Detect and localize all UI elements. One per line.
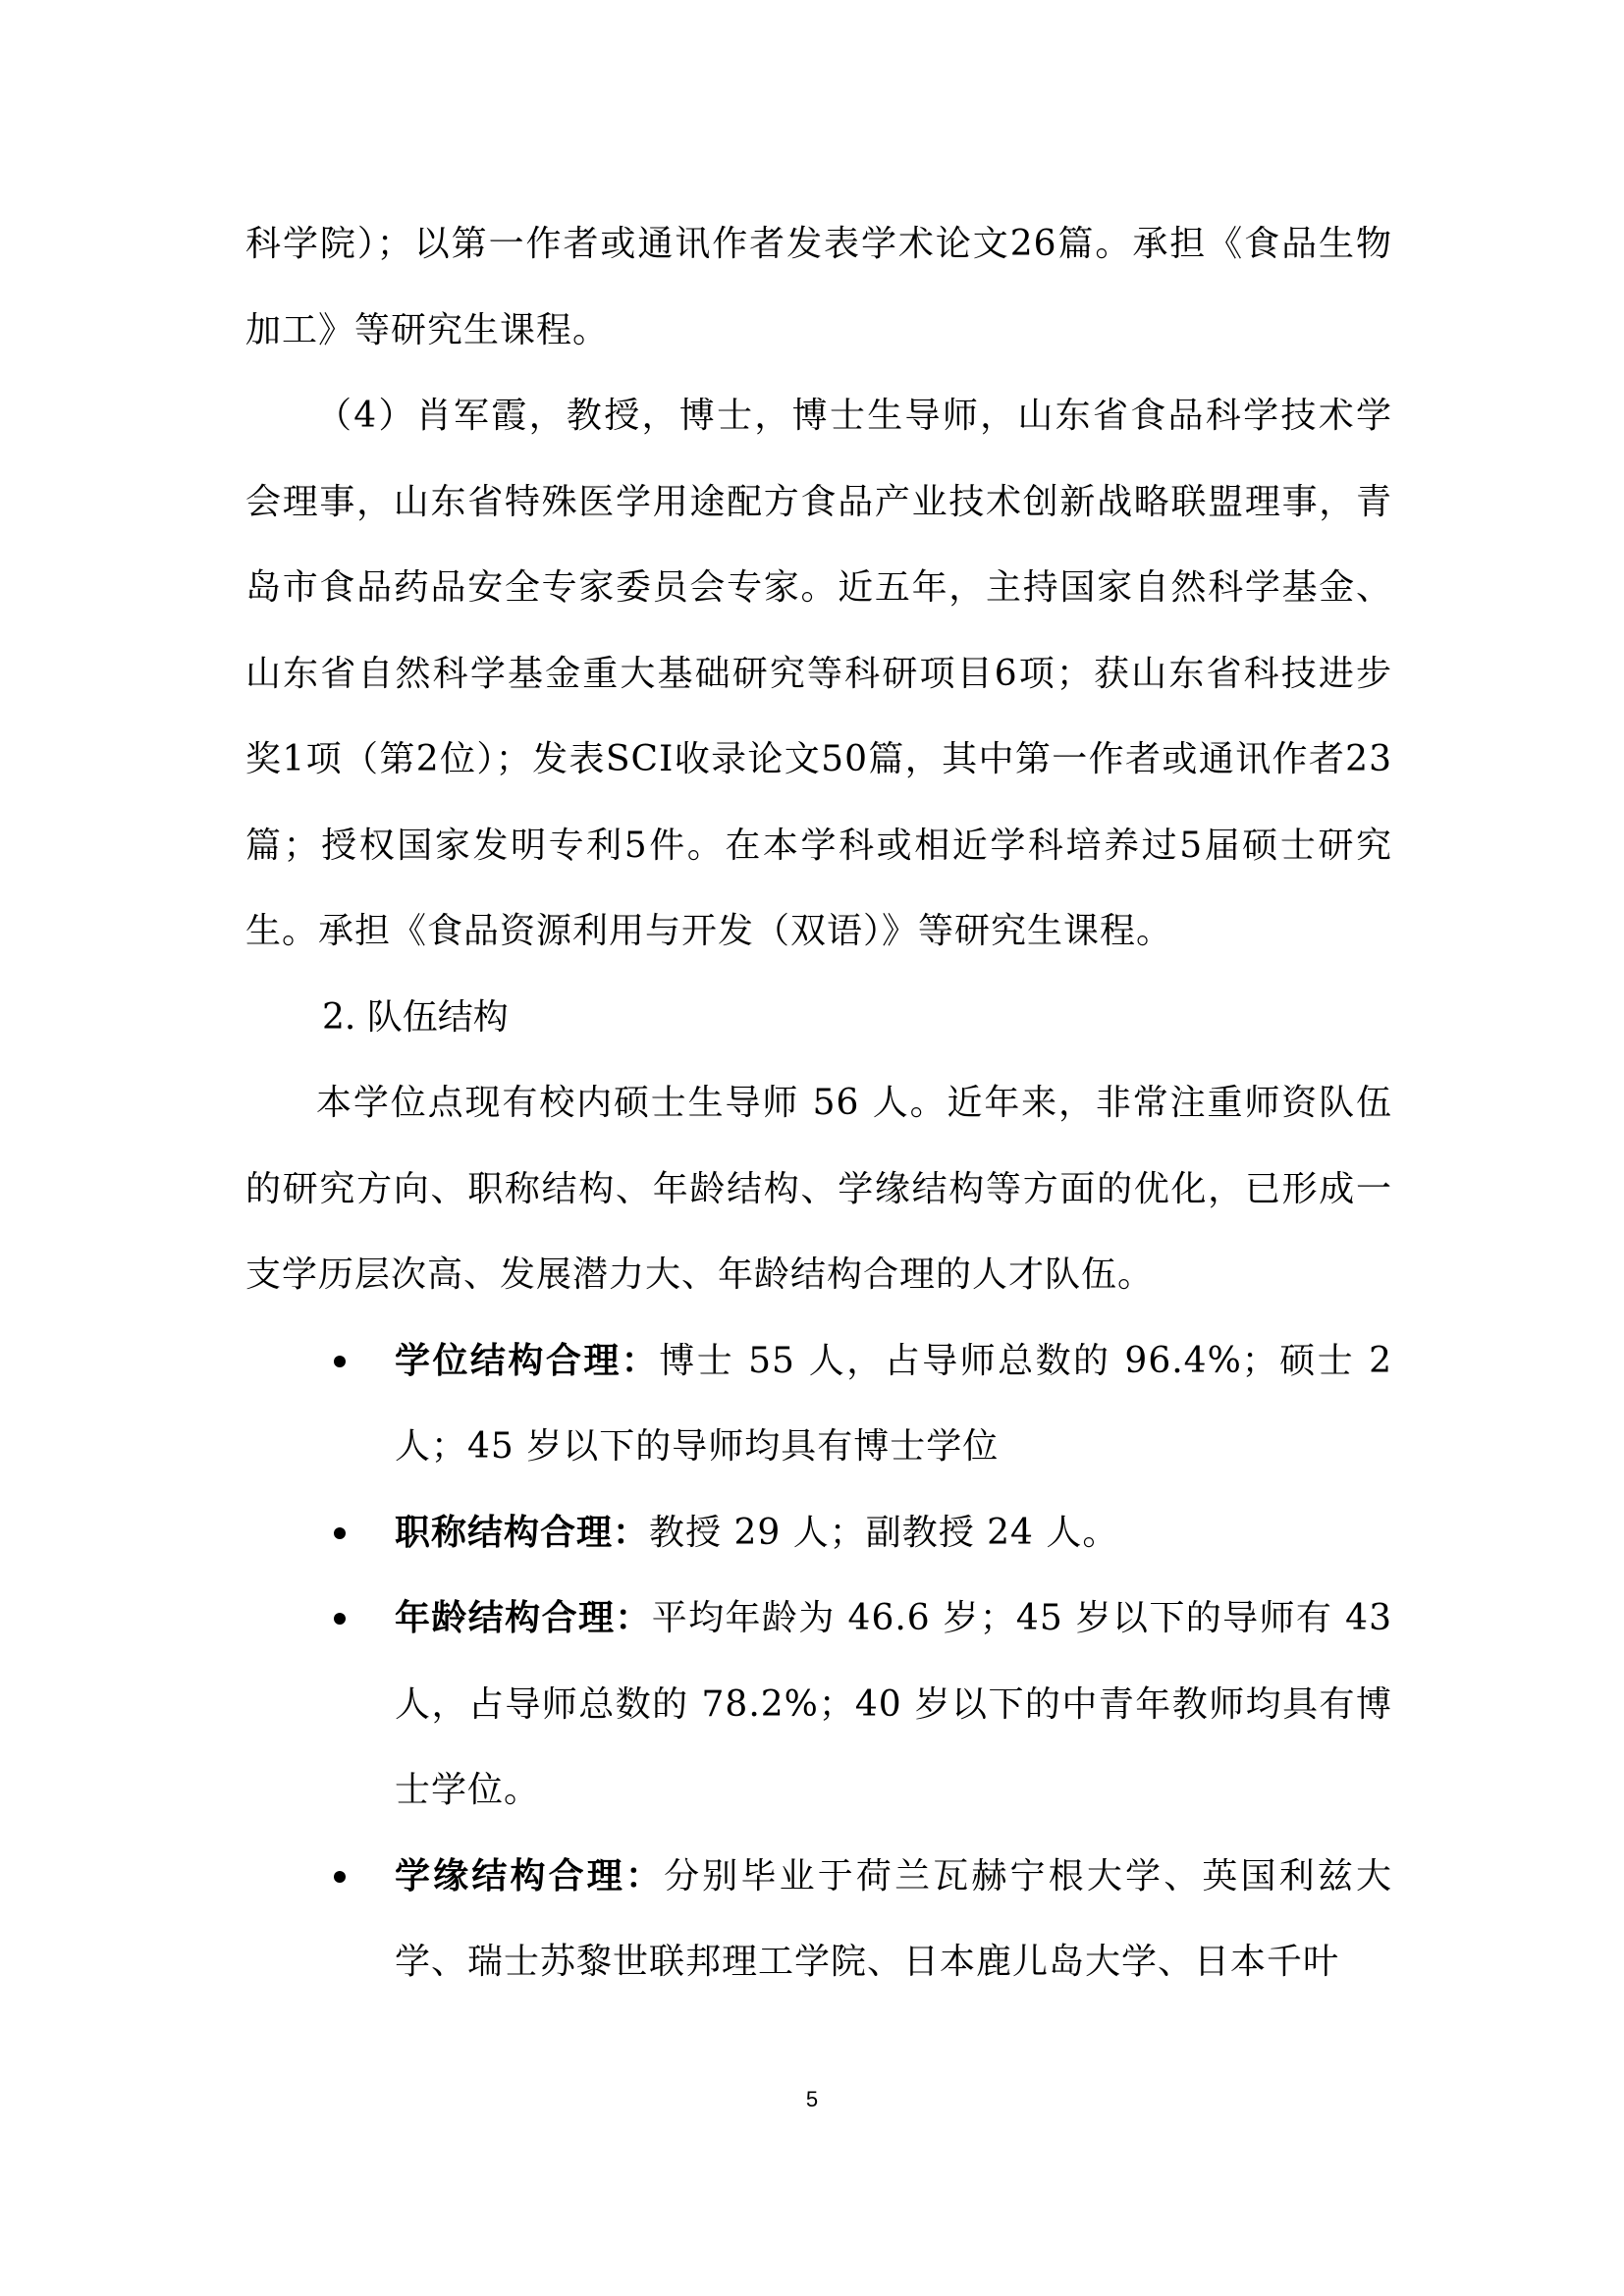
list-item-label: 学位结构合理： (395, 1341, 659, 1381)
list-item-label: 年龄结构合理： (395, 1598, 652, 1638)
bullet-icon (334, 1613, 346, 1625)
list-item-degree-structure: 学位结构合理：博士 55 人，占导师总数的 96.4%；硕士 2 人；45 岁以… (245, 1318, 1392, 1490)
list-item-title-structure: 职称结构合理：教授 29 人；副教授 24 人。 (245, 1490, 1392, 1576)
page-body: 科学院）；以第一作者或通讯作者发表学术论文26篇。承担《食品生物加工》等研究生课… (245, 201, 1392, 2005)
list-item-text: 教授 29 人；副教授 24 人。 (649, 1513, 1118, 1553)
list-item-label: 职称结构合理： (395, 1513, 649, 1553)
team-structure-list: 学位结构合理：博士 55 人，占导师总数的 96.4%；硕士 2 人；45 岁以… (245, 1318, 1392, 2005)
paragraph-team-intro: 本学位点现有校内硕士生导师 56 人。近年来，非常注重师资队伍的研究方向、职称结… (245, 1060, 1392, 1318)
list-item-label: 学缘结构合理： (395, 1856, 664, 1896)
bullet-icon (334, 1871, 346, 1883)
paragraph-mentor-4: （4）肖军霞，教授，博士，博士生导师，山东省食品科学技术学会理事，山东省特殊医学… (245, 373, 1392, 975)
bullet-icon (334, 1356, 346, 1367)
section-heading: 2. 队伍结构 (245, 975, 1392, 1061)
list-item-age-structure: 年龄结构合理：平均年龄为 46.6 岁；45 岁以下的导师有 43 人，占导师总… (245, 1575, 1392, 1834)
page-number: 5 (0, 2087, 1624, 2112)
paragraph-continued: 科学院）；以第一作者或通讯作者发表学术论文26篇。承担《食品生物加工》等研究生课… (245, 201, 1392, 373)
bullet-icon (334, 1527, 346, 1539)
list-item-academic-origin: 学缘结构合理：分别毕业于荷兰瓦赫宁根大学、英国利兹大学、瑞士苏黎世联邦理工学院、… (245, 1834, 1392, 2005)
document-page: 科学院）；以第一作者或通讯作者发表学术论文26篇。承担《食品生物加工》等研究生课… (0, 0, 1624, 2296)
